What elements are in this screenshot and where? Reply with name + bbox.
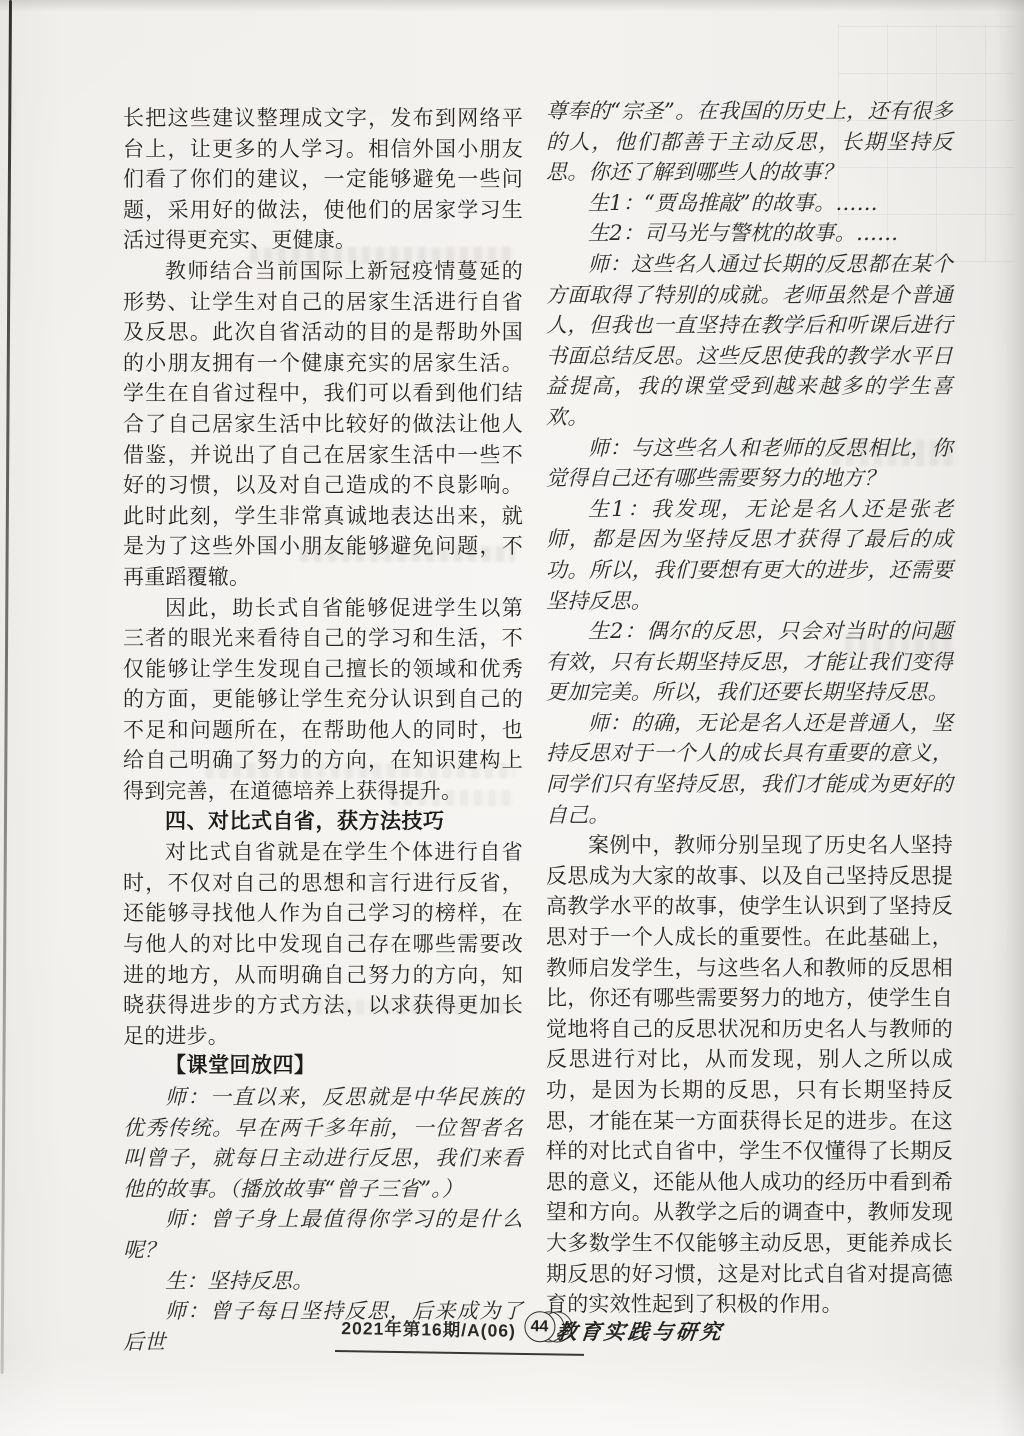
scanned-page: 长把这些建议整理成文字，发布到网络平台上，让更多的人学习。相信外国小朋友们看了你… — [0, 0, 1024, 1436]
dialogue-line: 生1：我发现，无论是名人还是张老师，都是因为坚持反思才获得了最后的成功。所以，我… — [546, 494, 953, 616]
paragraph-continuation: 长把这些建议整理成文字，发布到网络平台上，让更多的人学习。相信外国小朋友们看了你… — [123, 103, 523, 256]
footer-issue-info: 2021年第16期/A(06) — [341, 1318, 516, 1341]
page-footer: 2021年第16期/A(06)44 教育实践与研究 — [0, 1300, 1024, 1364]
paragraph: 教师结合当前国际上新冠疫情蔓延的形势、让学生对自己的居家生活进行自省及反思。此次… — [123, 256, 523, 593]
dialogue-line: 生：坚持反思。 — [123, 1266, 523, 1297]
scan-edge-line — [1, 0, 12, 1374]
page-number-badge: 44 — [524, 1311, 555, 1342]
journal-name: 教育实践与研究 — [554, 1316, 725, 1346]
dialogue-line: 师：一直以来，反思就是中华民族的优秀传统。早在两千多年前，一位智者名叫曾子，就每… — [123, 1082, 523, 1204]
dialogue-line: 生2：偶尔的反思，只会对当时的问题有效，只有长期坚持反思，才能让我们变得更加完美… — [546, 616, 953, 708]
footer-issue-group: 2021年第16期/A(06)44 — [335, 1306, 584, 1356]
left-column: 长把这些建议整理成文字，发布到网络平台上，让更多的人学习。相信外国小朋友们看了你… — [123, 103, 523, 1357]
dialogue-line: 师：这些名人通过长期的反思都在某个方面取得了特别的成就。老师虽然是个普通人，但我… — [546, 249, 953, 433]
scan-top-shadow — [0, 0, 1024, 12]
dialogue-line: 生1：“贾岛推敲”的故事。…… — [546, 188, 953, 219]
paragraph: 因此，助长式自省能够促进学生以第三者的眼光来看待自己的学习和生活，不仅能够让学生… — [123, 593, 523, 807]
dialogue-line: 师：的确，无论是名人还是普通人，坚持反思对于一个人的成长具有重要的意义，同学们只… — [546, 708, 953, 830]
dialogue-continuation: 尊奉的“宗圣”。在我国的历史上，还有很多的人，他们都善于主动反思，长期坚持反思。… — [546, 96, 953, 188]
section-heading: 四、对比式自省，获方法技巧 — [123, 807, 523, 838]
paragraph: 对比式自省就是在学生个体进行自省时，不仅对自己的思想和言行进行反省，还能够寻找他… — [123, 837, 523, 1051]
scan-bottom-highlight — [0, 1356, 1024, 1436]
dialogue-line: 师：曾子身上最值得你学习的是什么呢？ — [123, 1204, 523, 1265]
analysis-paragraph: 案例中，教师分别呈现了历史名人坚持反思成为大家的故事、以及自己坚持反思提高教学水… — [546, 830, 953, 1320]
dialogue-line: 师：与这些名人和老师的反思相比，你觉得自己还有哪些需要努力的地方？ — [546, 433, 953, 494]
dialogue-line: 生2：司马光与警枕的故事。…… — [546, 218, 953, 249]
classroom-replay-heading: 【课堂回放四】 — [123, 1051, 523, 1082]
right-column: 尊奉的“宗圣”。在我国的历史上，还有很多的人，他们都善于主动反思，长期坚持反思。… — [546, 96, 953, 1320]
